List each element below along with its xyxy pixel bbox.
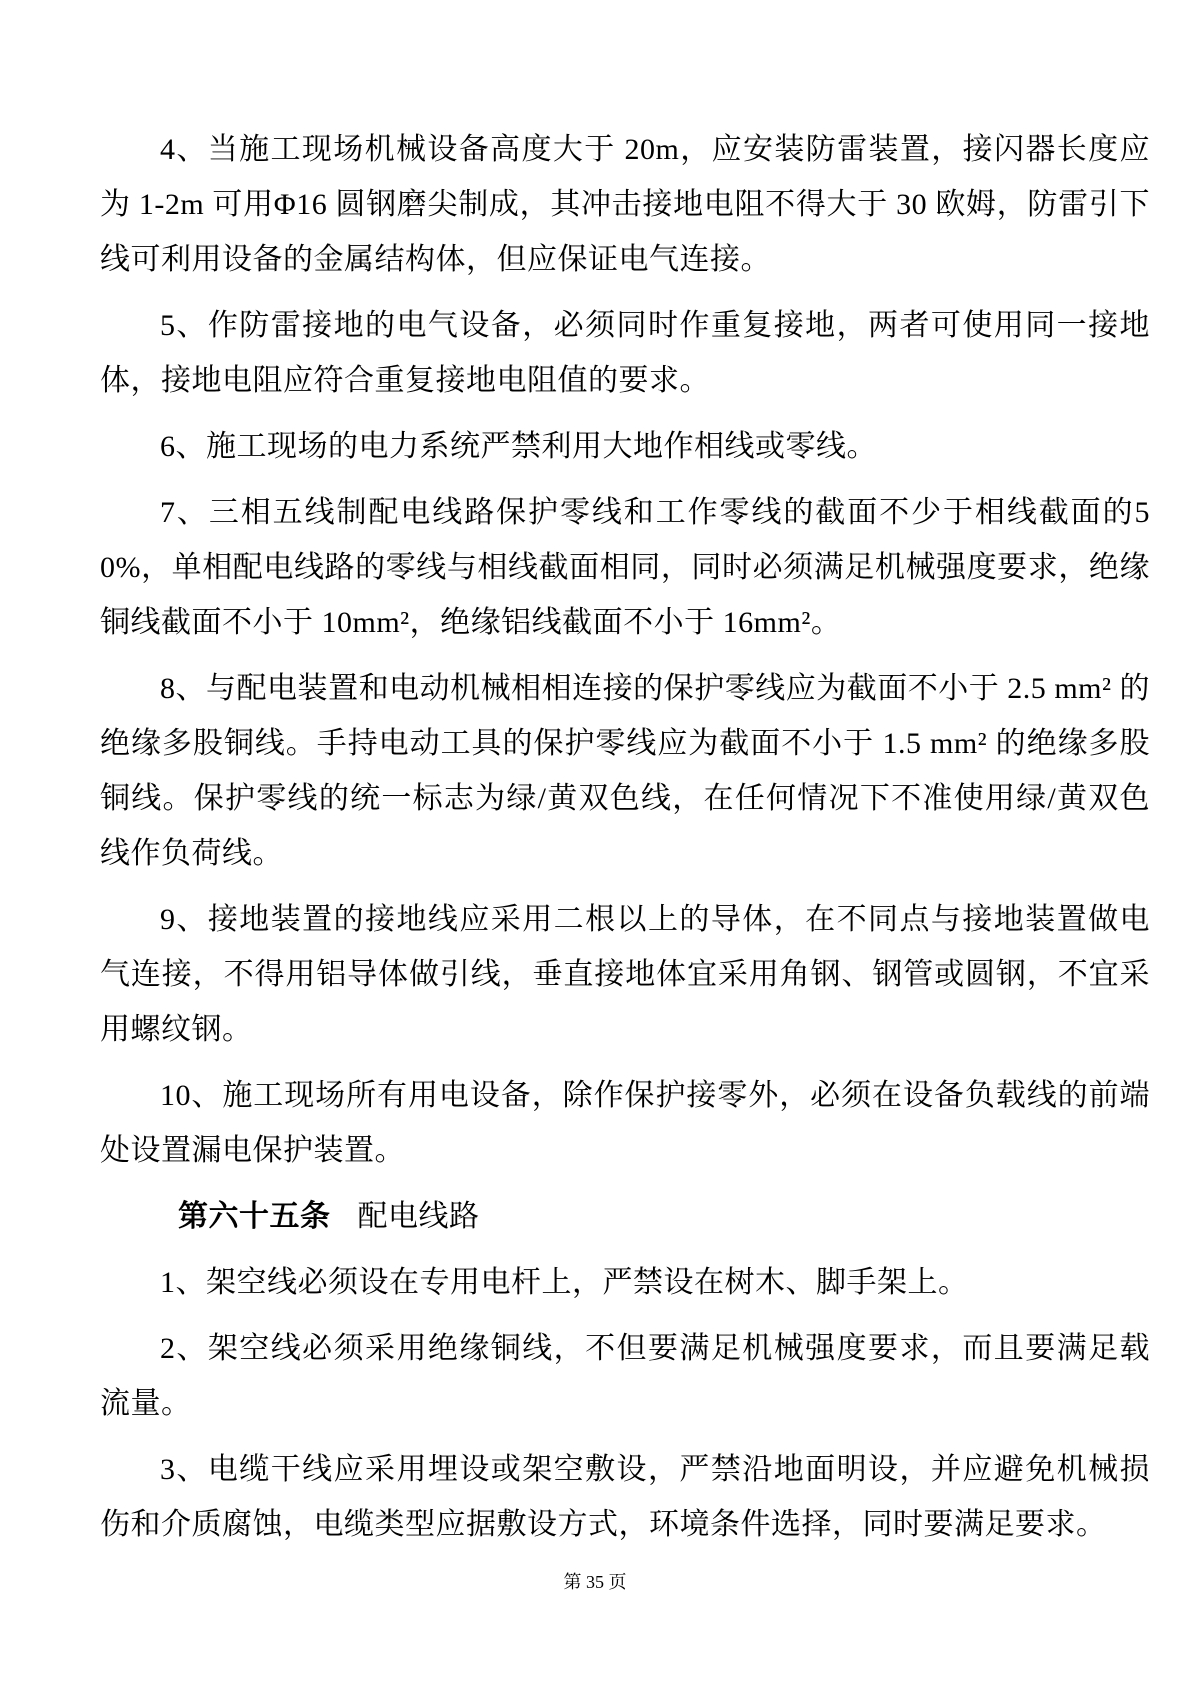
paragraph-item-10: 10、施工现场所有用电设备，除作保护接零外，必须在设备负载线的前端处设置漏电保护… <box>100 1068 1150 1178</box>
sub-item-1: 1、架空线必须设在专用电杆上，严禁设在树木、脚手架上。 <box>100 1255 1150 1310</box>
paragraph-item-9: 9、接地装置的接地线应采用二根以上的导体，在不同点与接地装置做电气连接，不得用铝… <box>100 892 1150 1057</box>
section-heading: 第六十五条配电线路 <box>100 1189 1150 1244</box>
page-footer: 第 35 页 <box>0 1568 1190 1596</box>
paragraph-item-5: 5、作防雷接地的电气设备，必须同时作重复接地，两者可使用同一接地体，接地电阻应符… <box>100 298 1150 408</box>
paragraph-item-4: 4、当施工现场机械设备高度大于 20m，应安装防雷装置，接闪器长度应为 1-2m… <box>100 122 1150 287</box>
sub-item-3: 3、电缆干线应采用埋设或架空敷设，严禁沿地面明设，并应避免机械损伤和介质腐蚀，电… <box>100 1442 1150 1552</box>
paragraph-item-6: 6、施工现场的电力系统严禁利用大地作相线或零线。 <box>100 419 1150 474</box>
paragraph-item-8: 8、与配电装置和电动机械相相连接的保护零线应为截面不小于 2.5 mm² 的绝缘… <box>100 661 1150 881</box>
document-page: 4、当施工现场机械设备高度大于 20m，应安装防雷装置，接闪器长度应为 1-2m… <box>0 0 1190 1683</box>
sub-item-2: 2、架空线必须采用绝缘铜线，不但要满足机械强度要求，而且要满足载流量。 <box>100 1321 1150 1431</box>
section-heading-number: 第六十五条 <box>178 1200 331 1233</box>
page-number-label: 第 35 页 <box>564 1572 627 1592</box>
document-content: 4、当施工现场机械设备高度大于 20m，应安装防雷装置，接闪器长度应为 1-2m… <box>100 122 1150 1552</box>
paragraph-item-7: 7、三相五线制配电线路保护零线和工作零线的截面不少于相线截面的50%，单相配电线… <box>100 485 1150 650</box>
section-heading-title: 配电线路 <box>358 1200 480 1233</box>
